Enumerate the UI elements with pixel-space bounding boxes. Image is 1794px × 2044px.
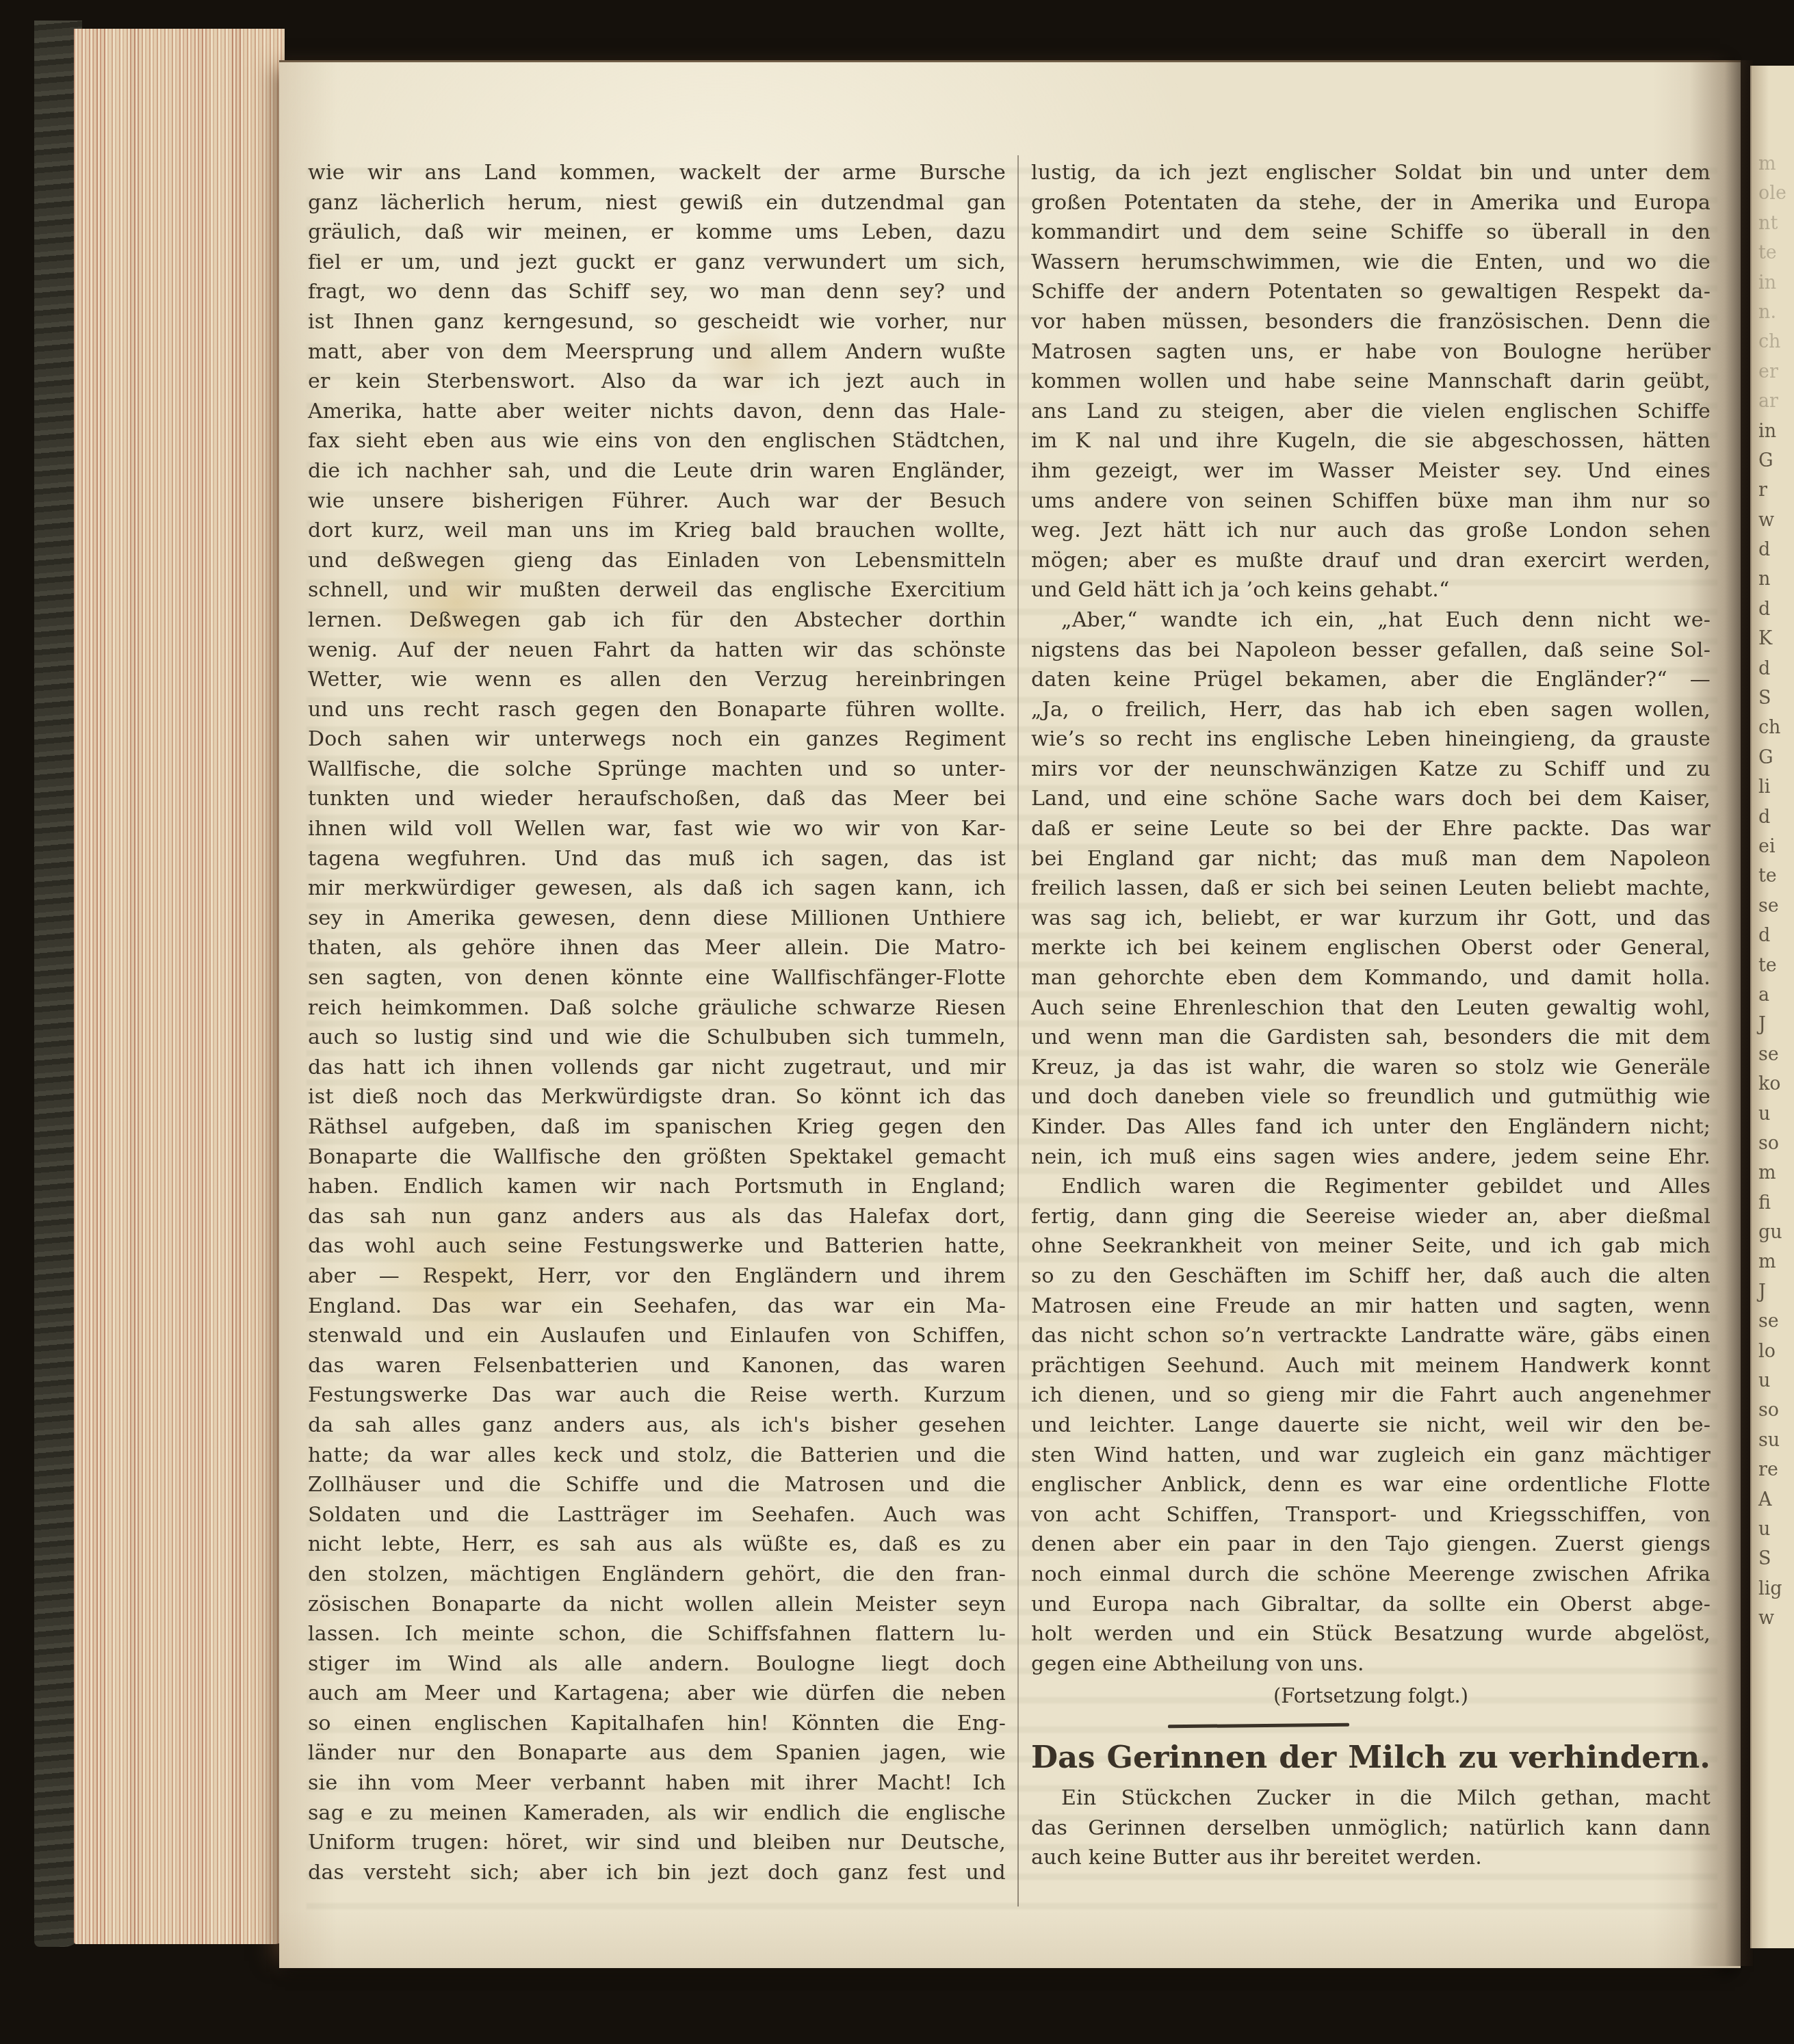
text-line: zösischen Bonaparte da nicht wollen alle… xyxy=(308,1590,1006,1620)
text-fragment: gu xyxy=(1752,1218,1794,1247)
text-fragment: ch xyxy=(1752,327,1794,356)
text-line: bei England gar nicht; das muß man dem N… xyxy=(1031,844,1711,874)
text-fragment: S xyxy=(1752,1544,1794,1573)
text-line: auch so lustig sind und wie die Schulbub… xyxy=(308,1023,1006,1053)
text-line: hatte; da war alles keck und stolz, die … xyxy=(308,1441,1006,1471)
text-line: Zollhäuser und die Schiffe und die Matro… xyxy=(308,1470,1006,1500)
text-fragment: u xyxy=(1752,1515,1794,1544)
text-line: noch einmal durch die schöne Meerenge zw… xyxy=(1031,1560,1711,1590)
text-line: Matrosen eine Freude an mir hatten und s… xyxy=(1031,1292,1711,1322)
text-line: auch keine Butter aus ihr bereitet werde… xyxy=(1031,1843,1711,1873)
text-line: Soldaten und die Lastträger im Seehafen.… xyxy=(308,1500,1006,1530)
text-line: wie’s so recht ins englische Leben hinei… xyxy=(1031,724,1711,755)
text-fragment: J xyxy=(1752,1010,1794,1039)
text-fragment: se xyxy=(1752,1040,1794,1069)
text-fragment: er xyxy=(1752,357,1794,386)
text-line: so einen englischen Kapitalhafen hin! Kö… xyxy=(308,1709,1006,1739)
text-line: den stolzen, mächtigen Engländern gehört… xyxy=(308,1560,1006,1590)
text-line: holt werden und ein Stück Besatzung wurd… xyxy=(1031,1619,1711,1649)
text-line: nigstens das bei Napoleon besser gefalle… xyxy=(1031,636,1711,666)
text-line: ihm gezeigt, wer im Wasser Meister sey. … xyxy=(1031,456,1711,486)
text-fragment: ar xyxy=(1752,386,1794,416)
text-line: ich dienen, und so gieng mir die Fahrt a… xyxy=(1031,1380,1711,1411)
text-line: das waren Felsenbatterien und Kanonen, d… xyxy=(308,1351,1006,1381)
text-line: das Gerinnen derselben unmöglich; natürl… xyxy=(1031,1813,1711,1844)
article-body-text: Ein Stückchen Zucker in die Milch gethan… xyxy=(1031,1783,1711,1873)
text-line: „Aber,“ wandte ich ein, „hat Euch denn n… xyxy=(1031,605,1711,636)
text-line: tagena wegfuhren. Und das muß ich sagen,… xyxy=(308,844,1006,874)
text-column-left: wie wir ans Land kommen, wackelt der arm… xyxy=(308,158,1006,1887)
text-fragment: so xyxy=(1752,1396,1794,1425)
text-fragment: d xyxy=(1752,921,1794,950)
text-line: die ich nachher sah, und die Leute drin … xyxy=(308,456,1006,486)
text-fragment: ko xyxy=(1752,1069,1794,1099)
text-fragment: n. xyxy=(1752,298,1794,327)
text-line: denen aber ein paar in den Tajo giengen.… xyxy=(1031,1530,1711,1560)
text-fragment: ole xyxy=(1752,179,1794,208)
text-line: Wallfische, die solche Sprünge machten u… xyxy=(308,755,1006,785)
text-line: auch am Meer und Kartagena; aber wie dür… xyxy=(308,1679,1006,1709)
text-fragment: d xyxy=(1752,535,1794,564)
text-line: Kreuz, ja das ist wahr, die waren so sto… xyxy=(1031,1053,1711,1083)
text-line: merkte ich bei keinem englischen Oberst … xyxy=(1031,933,1711,963)
text-line: Kinder. Das Alles fand ich unter den Eng… xyxy=(1031,1112,1711,1142)
text-line: prächtigen Seehund. Auch mit meinem Hand… xyxy=(1031,1351,1711,1381)
text-line: das nicht schon so’n vertrackte Landratt… xyxy=(1031,1321,1711,1351)
text-line: lassen. Ich meinte schon, die Schiffsfah… xyxy=(308,1619,1006,1649)
text-fragment: te xyxy=(1752,238,1794,267)
text-line: ist Ihnen ganz kerngesund, so gescheidt … xyxy=(308,307,1006,337)
text-line: das wohl auch seine Festungswerke und Ba… xyxy=(308,1231,1006,1261)
text-fragment: u xyxy=(1752,1366,1794,1396)
text-fragment: r xyxy=(1752,475,1794,505)
text-fragment: d xyxy=(1752,654,1794,683)
text-fragment: K xyxy=(1752,624,1794,653)
text-fragment: lo xyxy=(1752,1337,1794,1366)
text-line: da sah alles ganz anders aus, als ich's … xyxy=(308,1411,1006,1441)
text-line: wie unsere bisherigen Führer. Auch war d… xyxy=(308,486,1006,516)
text-line: wenig. Auf der neuen Fahrt da hatten wir… xyxy=(308,636,1006,666)
text-line: Festungswerke Das war auch die Reise wer… xyxy=(308,1380,1006,1411)
text-fragment: re xyxy=(1752,1455,1794,1484)
text-fragment: a xyxy=(1752,980,1794,1010)
text-fragment: w xyxy=(1752,506,1794,535)
text-line: stiger im Wind als alle andern. Boulogne… xyxy=(308,1649,1006,1679)
text-line: dort kurz, weil man uns im Krieg bald br… xyxy=(308,516,1006,546)
text-line: fax sieht eben aus wie eins von den engl… xyxy=(308,426,1006,456)
book-scan: wie wir ans Land kommen, wackelt der arm… xyxy=(0,0,1794,2044)
text-line: länder nur den Bonaparte aus dem Spanien… xyxy=(308,1738,1006,1768)
text-line: Wetter, wie wenn es allen den Verzug her… xyxy=(308,665,1006,695)
text-line: was sag ich, beliebt, er war kurzum ihr … xyxy=(1031,904,1711,934)
text-line: mirs vor der neunschwänzigen Katze zu Sc… xyxy=(1031,755,1711,785)
text-fragment: A xyxy=(1752,1485,1794,1515)
text-fragment: lig xyxy=(1752,1574,1794,1603)
text-line: matt, aber von dem Meersprung und allem … xyxy=(308,337,1006,367)
text-fragment: se xyxy=(1752,891,1794,921)
text-line: und doch daneben viele so freundlich und… xyxy=(1031,1082,1711,1112)
page-stack-fore-edge xyxy=(74,29,285,1944)
text-line: haben. Endlich kamen wir nach Portsmuth … xyxy=(308,1172,1006,1202)
text-fragment: nt xyxy=(1752,209,1794,238)
text-line: Ein Stückchen Zucker in die Milch gethan… xyxy=(1031,1783,1711,1813)
text-line: sten Wind hatten, und war zugleich ein g… xyxy=(1031,1441,1711,1471)
text-fragment: d xyxy=(1752,594,1794,624)
text-line: weg. Jezt hätt ich nur auch das große Lo… xyxy=(1031,516,1711,546)
text-line: Schiffe der andern Potentaten so gewalti… xyxy=(1031,277,1711,307)
text-line: im K nal und ihre Kugeln, die sie abgesc… xyxy=(1031,426,1711,456)
text-line: daß er seine Leute so bei der Ehre packt… xyxy=(1031,814,1711,844)
text-line: so zu den Geschäften im Schiff her, daß … xyxy=(1031,1261,1711,1292)
text-line: man gehorchte eben dem Kommando, und dam… xyxy=(1031,963,1711,993)
text-line: das sah nun ganz anders aus als das Hale… xyxy=(308,1202,1006,1232)
section-divider-rule xyxy=(1168,1723,1349,1729)
next-page-text-fragments: molentteinn.cherarinGrwdndKdSchGlideites… xyxy=(1752,66,1794,1634)
text-line: sen sagten, von denen könnte eine Wallfi… xyxy=(308,963,1006,993)
text-line: tunkten und wieder heraufschoßen, daß da… xyxy=(308,784,1006,814)
text-line: ums andere von seinen Schiffen büxe man … xyxy=(1031,486,1711,516)
text-line: und uns recht rasch gegen den Bonaparte … xyxy=(308,695,1006,725)
text-fragment: G xyxy=(1752,446,1794,475)
text-line: und deßwegen gieng das Einladen von Lebe… xyxy=(308,546,1006,576)
text-line: Räthsel aufgeben, daß im spanischen Krie… xyxy=(308,1112,1006,1142)
text-line: Land, und eine schöne Sache wars doch be… xyxy=(1031,784,1711,814)
text-line: gräulich, daß wir meinen, er komme ums L… xyxy=(308,218,1006,248)
text-line: Doch sahen wir unterwegs noch ein ganzes… xyxy=(308,724,1006,755)
text-line: freilich lassen, daß er sich bei seinen … xyxy=(1031,874,1711,904)
text-line: England. Das war ein Seehafen, das war e… xyxy=(308,1292,1006,1322)
text-line: „Ja, o freilich, Herr, das hab ich eben … xyxy=(1031,695,1711,725)
text-fragment: w xyxy=(1752,1603,1794,1633)
text-line: englischer Anblick, denn es war eine ord… xyxy=(1031,1470,1711,1500)
text-fragment: ch xyxy=(1752,713,1794,742)
text-fragment: te xyxy=(1752,861,1794,891)
text-line: Auch seine Ehrenleschion that den Leuten… xyxy=(1031,993,1711,1023)
text-line: Uniform trugen: höret, wir sind und blei… xyxy=(308,1828,1006,1858)
next-page-sliver: molentteinn.cherarinGrwdndKdSchGlideites… xyxy=(1750,66,1794,1948)
text-line: vor haben müssen, besonders die französi… xyxy=(1031,307,1711,337)
text-fragment: J xyxy=(1752,1277,1794,1307)
text-fragment: su xyxy=(1752,1426,1794,1455)
text-line: fragt, wo denn das Schiff sey, wo man de… xyxy=(308,277,1006,307)
text-line: ohne Seekrankheit von meiner Seite, und … xyxy=(1031,1231,1711,1261)
text-line: ihnen wild voll Wellen war, fast wie wo … xyxy=(308,814,1006,844)
text-line: kommandirt und dem seine Schiffe so über… xyxy=(1031,218,1711,248)
text-fragment: so xyxy=(1752,1129,1794,1158)
text-line: sie ihn vom Meer verbannt haben mit ihre… xyxy=(308,1768,1006,1798)
text-fragment: ei xyxy=(1752,832,1794,861)
text-line: sag e zu meinen Kameraden, als wir endli… xyxy=(308,1798,1006,1829)
text-line: das versteht sich; aber ich bin jezt doc… xyxy=(308,1858,1006,1888)
text-line: sey in Amerika gewesen, denn diese Milli… xyxy=(308,904,1006,934)
text-fragment: in xyxy=(1752,417,1794,446)
text-line: das hatt ich ihnen vollends gar nicht zu… xyxy=(308,1053,1006,1083)
text-line: lernen. Deßwegen gab ich für den Abstech… xyxy=(308,605,1006,636)
text-line: kommen wollen und habe seine Mannschaft … xyxy=(1031,367,1711,397)
text-line: von acht Schiffen, Transport- und Kriegs… xyxy=(1031,1500,1711,1530)
article-continuation-text: lustig, da ich jezt englischer Soldat bi… xyxy=(1031,158,1711,1679)
text-line: Bonaparte die Wallfische den größten Spe… xyxy=(308,1142,1006,1172)
text-fragment: li xyxy=(1752,772,1794,802)
text-line: nicht lebte, Herr, es sah aus als wüßte … xyxy=(308,1530,1006,1560)
text-fragment: m xyxy=(1752,1247,1794,1276)
column-divider-rule xyxy=(1017,155,1019,1907)
text-line: lustig, da ich jezt englischer Soldat bi… xyxy=(1031,158,1711,188)
text-line: thaten, als gehöre ihnen das Meer allein… xyxy=(308,933,1006,963)
continuation-note: (Fortsetzung folgt.) xyxy=(1031,1684,1711,1707)
text-fragment: n xyxy=(1752,564,1794,594)
text-fragment: S xyxy=(1752,683,1794,713)
book-page: wie wir ans Land kommen, wackelt der arm… xyxy=(279,60,1741,1968)
text-line: ganz lächerlich herum, niest gewiß ein d… xyxy=(308,188,1006,218)
text-column-right: lustig, da ich jezt englischer Soldat bi… xyxy=(1031,158,1711,1873)
text-line: ist dieß noch das Merkwürdigste dran. So… xyxy=(308,1082,1006,1112)
text-fragment: fi xyxy=(1752,1188,1794,1218)
text-line: Wassern herumschwimmen, wie die Enten, u… xyxy=(1031,248,1711,278)
text-fragment: se xyxy=(1752,1307,1794,1336)
text-fragment: m xyxy=(1752,1158,1794,1188)
text-line: Matrosen sagten uns, er habe von Boulogn… xyxy=(1031,337,1711,367)
text-line: und Europa nach Gibraltar, da sollte ein… xyxy=(1031,1590,1711,1620)
text-line: mögen; aber es mußte drauf und dran exer… xyxy=(1031,546,1711,576)
text-fragment: G xyxy=(1752,743,1794,772)
text-line: aber — Respekt, Herr, vor den Engländern… xyxy=(308,1261,1006,1292)
text-line: fertig, dann ging die Seereise wieder an… xyxy=(1031,1202,1711,1232)
text-line: gegen eine Abtheilung von uns. xyxy=(1031,1649,1711,1679)
text-line: stenwald und ein Auslaufen und Einlaufen… xyxy=(308,1321,1006,1351)
text-line: Amerika, hatte aber weiter nichts davon,… xyxy=(308,397,1006,427)
text-line: er kein Sterbenswort. Also da war ich je… xyxy=(308,367,1006,397)
text-line: reich heimkommen. Daß solche gräuliche s… xyxy=(308,993,1006,1023)
article-heading: Das Gerinnen der Milch zu verhindern. xyxy=(1031,1740,1711,1775)
gutter-shadow xyxy=(1690,60,1753,1966)
text-line: großen Potentaten da stehe, der in Ameri… xyxy=(1031,188,1711,218)
text-line: und leichter. Lange dauerte sie nicht, w… xyxy=(1031,1411,1711,1441)
text-line: wie wir ans Land kommen, wackelt der arm… xyxy=(308,158,1006,188)
text-line: ans Land zu steigen, aber die vielen eng… xyxy=(1031,397,1711,427)
text-fragment: u xyxy=(1752,1099,1794,1129)
text-line: Endlich waren die Regimenter gebildet un… xyxy=(1031,1172,1711,1202)
text-fragment: in xyxy=(1752,268,1794,298)
text-line: schnell, und wir mußten derweil das engl… xyxy=(308,575,1006,605)
text-line: mir merkwürdiger gewesen, als daß ich sa… xyxy=(308,874,1006,904)
text-line: und Geld hätt ich ja ’och keins gehabt.“ xyxy=(1031,575,1711,605)
text-line: und wenn man die Gardisten sah, besonder… xyxy=(1031,1023,1711,1053)
text-fragment: te xyxy=(1752,951,1794,980)
text-line: daten keine Prügel bekamen, aber die Eng… xyxy=(1031,665,1711,695)
text-line: fiel er um, und jezt guckt er ganz verwu… xyxy=(308,248,1006,278)
text-fragment: m xyxy=(1752,149,1794,179)
text-fragment: d xyxy=(1752,802,1794,832)
text-line: nein, ich muß eins sagen wies andere, je… xyxy=(1031,1142,1711,1172)
